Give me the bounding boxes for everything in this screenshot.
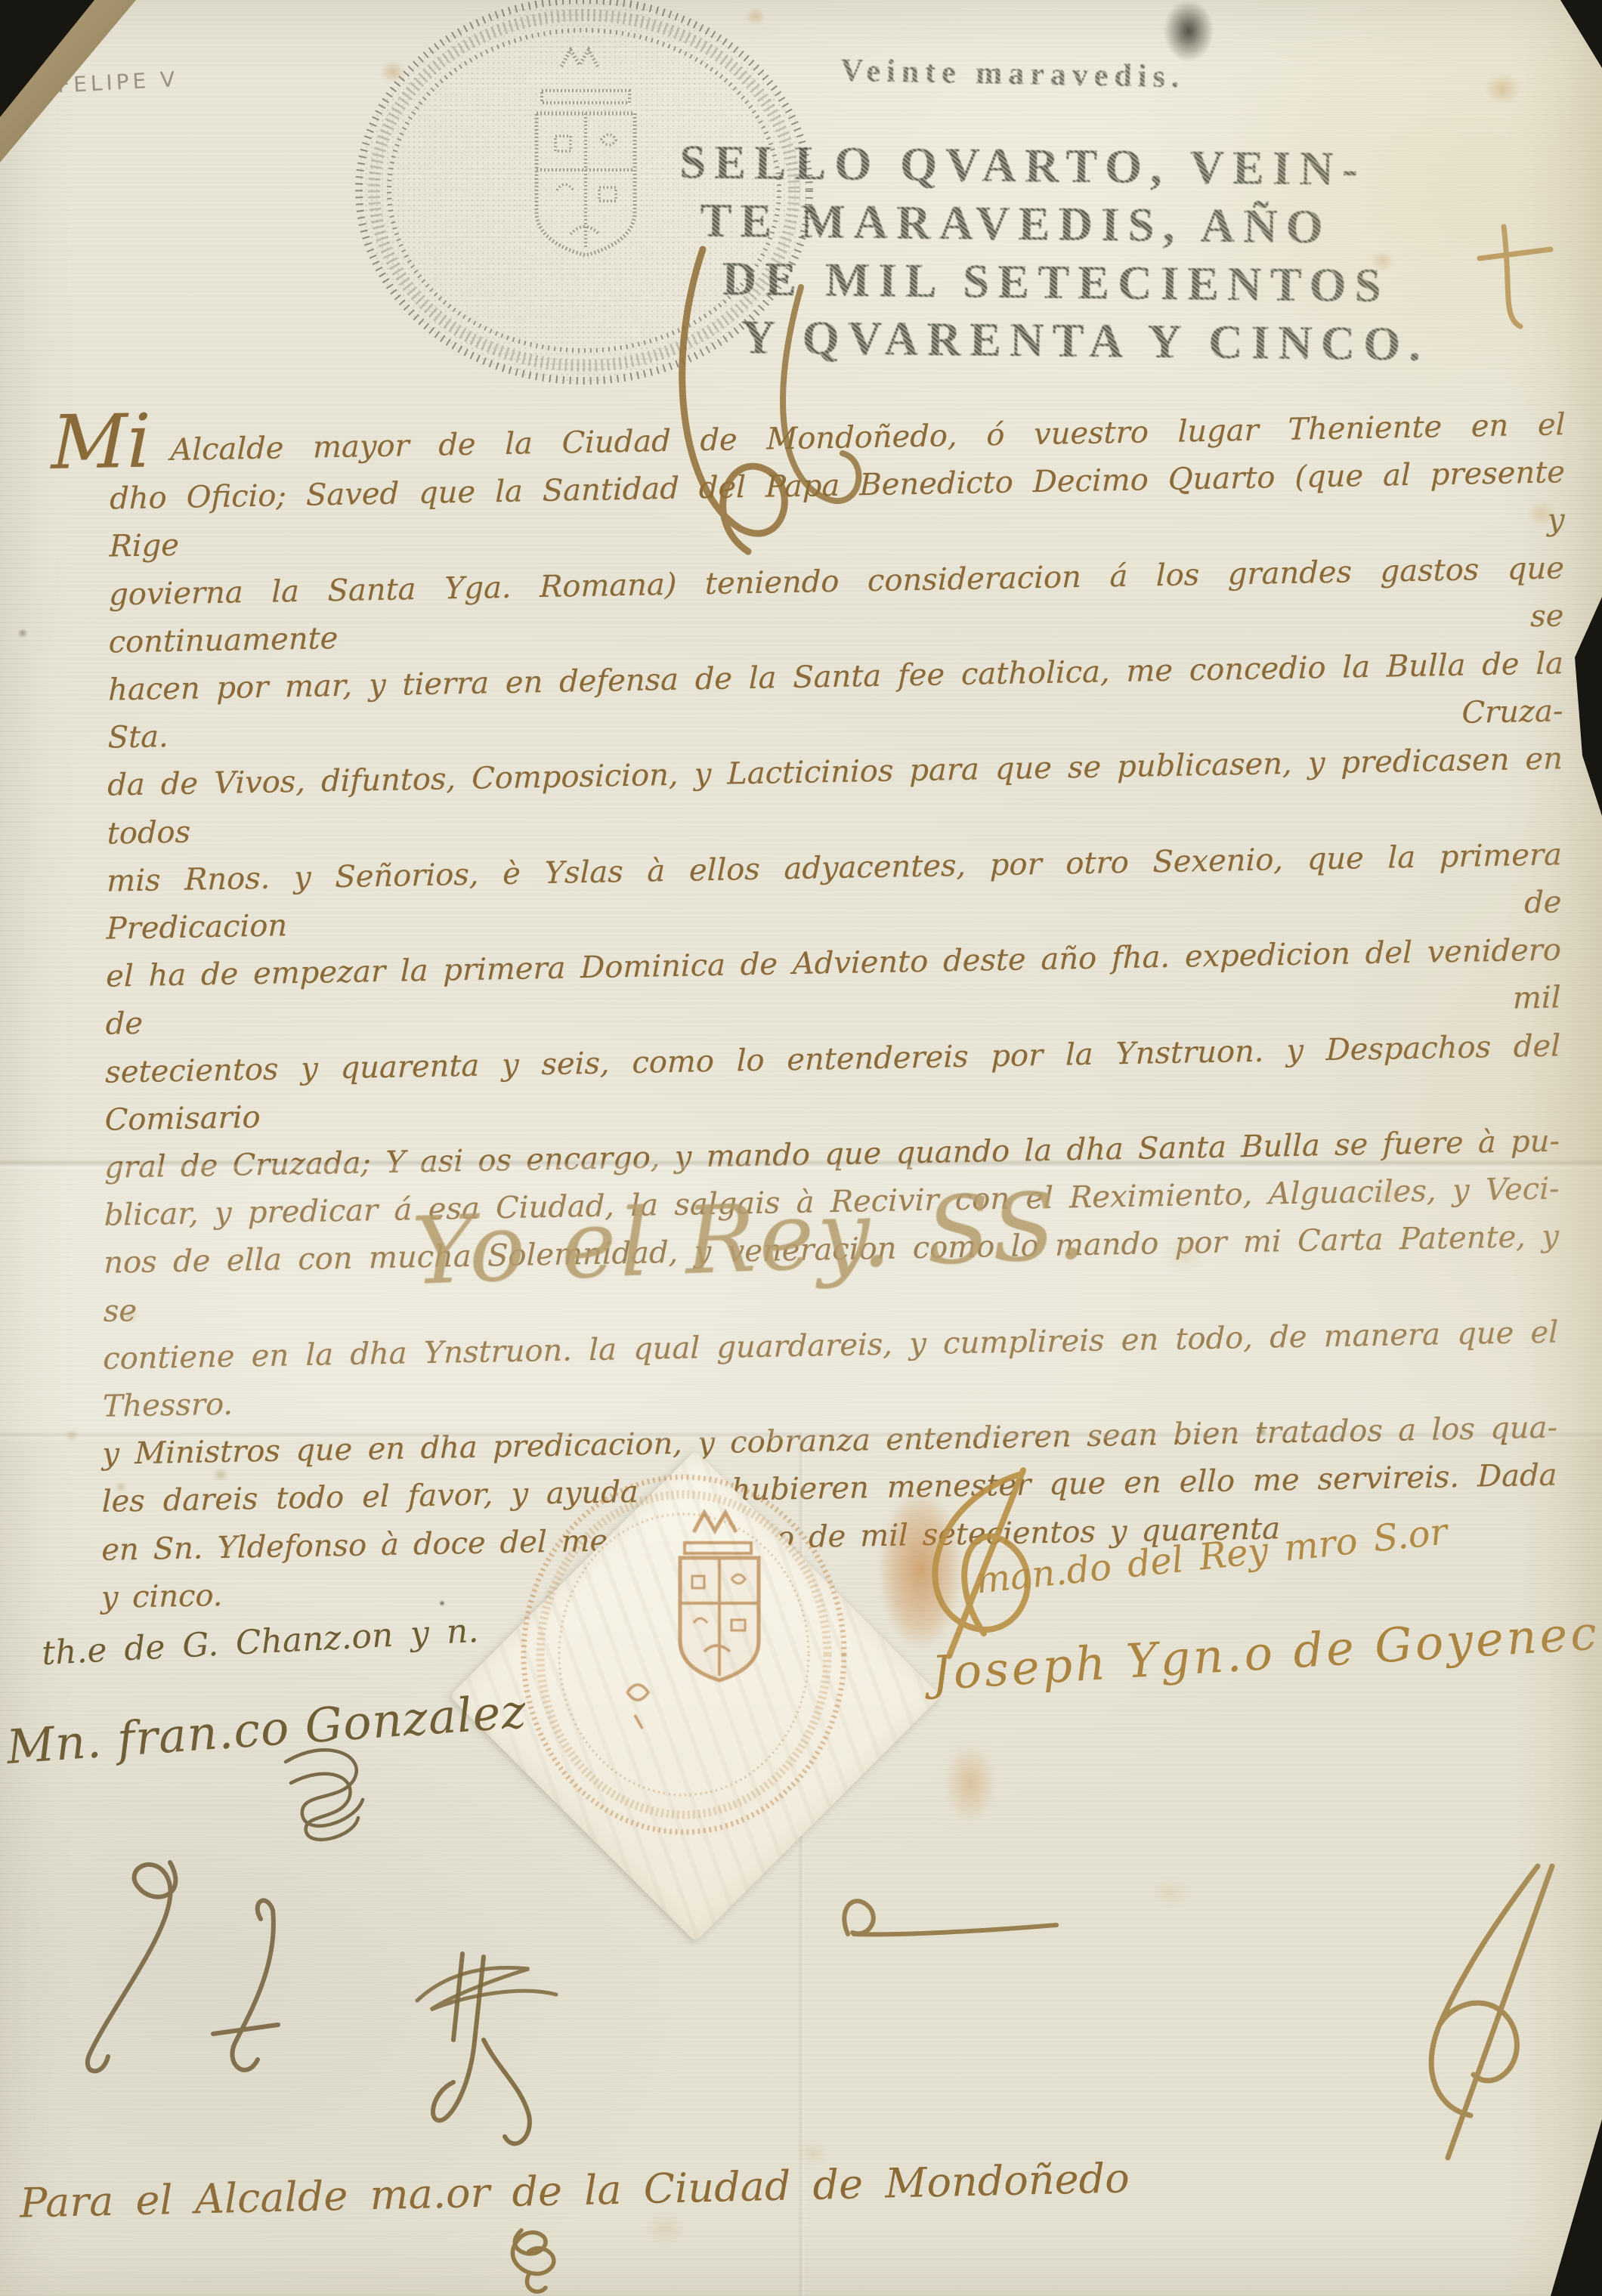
- rubric-flourish: [88, 1862, 176, 2071]
- wax-stain: [878, 1490, 963, 1650]
- pen-scribble: [417, 1968, 556, 2010]
- fold-crease: [0, 1159, 1602, 1170]
- address-line: Para el Alcalde ma.or de la Ciudad de Mo…: [19, 2154, 1130, 2226]
- signature-rubric: [286, 1750, 363, 1840]
- backdrop-corner: [1553, 0, 1602, 68]
- backdrop-corner: [1542, 2119, 1602, 2296]
- wax-stain-small: [936, 1729, 1005, 1838]
- wafer-seal-impression: [514, 1473, 861, 1843]
- rubric-flourish: [844, 1901, 1056, 1934]
- right-signature: Joseph Ygn.o de Goyeneche.: [930, 1600, 1602, 1701]
- rubric-flourish: [512, 2230, 554, 2291]
- rubric-flourish: [213, 1900, 278, 2069]
- opening-initial: Mi: [51, 398, 151, 486]
- document-page: FELIPE V Veinte maravedis. SELLO QVARTO,…: [0, 0, 1602, 2296]
- tax-stamp-block: SELLO QVARTO, VEIN- TE MARAVEDIS, AÑO DE…: [677, 133, 1495, 374]
- maravedis-overprint: Veinte maravedis.: [840, 53, 1186, 96]
- tax-stamp-line: SELLO QVARTO, VEIN-: [679, 133, 1496, 199]
- tax-stamp-line: DE MIL SETECIENTOS: [678, 249, 1495, 316]
- tax-stamp-line: TE MARAVEDIS, AÑO: [679, 191, 1495, 258]
- left-signature: Mn. fran.co Gonzalez: [5, 1683, 528, 1775]
- backdrop-edge: [1570, 597, 1602, 816]
- rubric-flourish: [1431, 1866, 1552, 2158]
- tax-stamp-line: Y QVARENTA Y CINCO.: [677, 307, 1494, 374]
- rubric-flourish: [433, 1954, 530, 2143]
- ink-blot: [1164, 0, 1214, 62]
